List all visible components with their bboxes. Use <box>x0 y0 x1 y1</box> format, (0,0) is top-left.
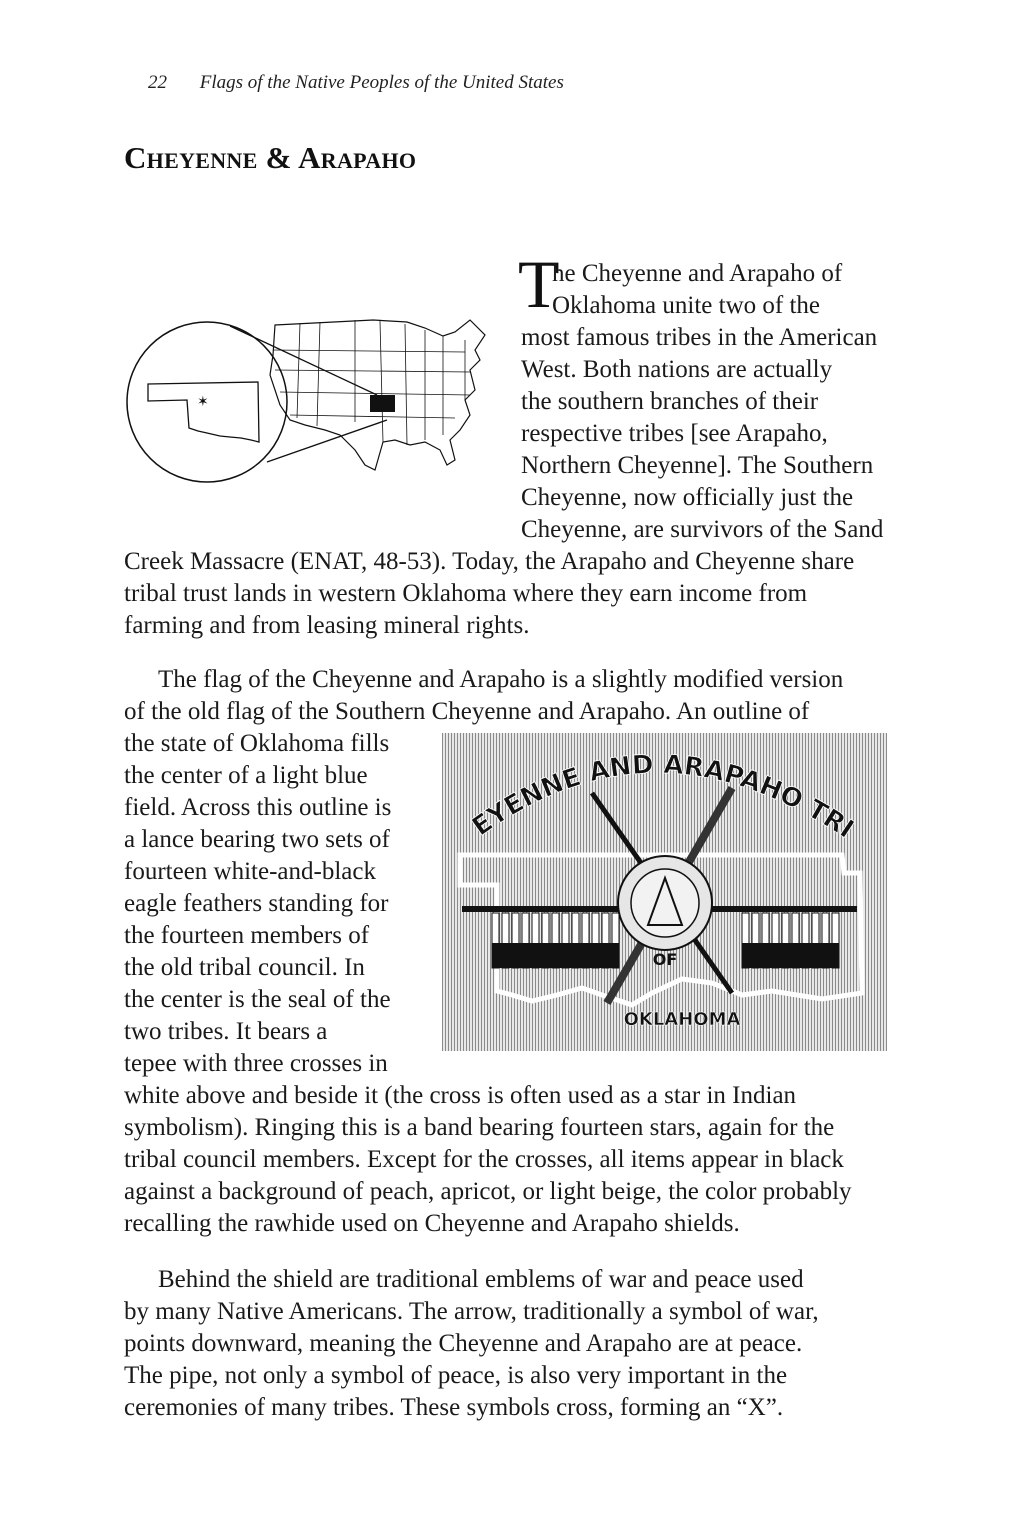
text-line: the old tribal council. In <box>124 952 365 984</box>
text-line: tribal trust lands in western Oklahoma w… <box>124 578 807 610</box>
text-line: of the old flag of the Southern Cheyenne… <box>124 696 809 728</box>
book-title: Flags of the Native Peoples of the Unite… <box>200 72 564 93</box>
us-map-oklahoma-icon: ✶ <box>125 300 500 525</box>
chapter-title: Cheyenne & Arapaho <box>124 140 416 176</box>
text-line: Oklahoma unite two of the <box>552 290 820 322</box>
svg-text:OF: OF <box>653 950 678 969</box>
text-line: recalling the rawhide used on Cheyenne a… <box>124 1208 740 1240</box>
text-line: white above and beside it (the cross is … <box>124 1080 796 1112</box>
text-line: he Cheyenne and Arapaho of <box>552 258 842 290</box>
text-line: against a background of peach, apricot, … <box>124 1176 852 1208</box>
text-line: the fourteen members of <box>124 920 369 952</box>
svg-text:CHEYENNE AND ARAPAHO TRIBE: CHEYENNE AND ARAPAHO TRIBE <box>442 733 859 845</box>
text-line: fourteen white-and-black <box>124 856 376 888</box>
svg-text:✶: ✶ <box>197 394 209 410</box>
text-line: most famous tribes in the American <box>521 322 877 354</box>
text-line: The flag of the Cheyenne and Arapaho is … <box>158 664 843 696</box>
text-line: symbolism). Ringing this is a band beari… <box>124 1112 834 1144</box>
text-line: farming and from leasing mineral rights. <box>124 610 529 642</box>
text-line: Creek Massacre (ENAT, 48-53). Today, the… <box>124 546 854 578</box>
text-line: Cheyenne, are survivors of the Sand <box>521 514 883 546</box>
text-line: by many Native Americans. The arrow, tra… <box>124 1296 819 1328</box>
us-map-figure: ✶ <box>125 300 500 525</box>
text-line: Cheyenne, now officially just the <box>521 482 853 514</box>
text-line: the center is the seal of the <box>124 984 391 1016</box>
text-line: points downward, meaning the Cheyenne an… <box>124 1328 802 1360</box>
text-line: the center of a light blue <box>124 760 368 792</box>
text-line: tepee with three crosses in <box>124 1048 388 1080</box>
text-line: the state of Oklahoma fills <box>124 728 389 760</box>
text-line: a lance bearing two sets of <box>124 824 390 856</box>
text-line: West. Both nations are actually <box>521 354 832 386</box>
page-number: 22 <box>148 72 167 93</box>
text-line: eagle feathers standing for <box>124 888 388 920</box>
running-head: 22 Flags of the Native Peoples of the Un… <box>148 72 564 94</box>
text-line: two tribes. It bears a <box>124 1016 327 1048</box>
flag-figure: CHEYENNE AND ARAPAHO TRIBE <box>442 733 887 1051</box>
text-line: Northern Cheyenne]. The Southern <box>521 450 873 482</box>
svg-text:OKLAHOMA: OKLAHOMA <box>624 1009 741 1030</box>
text-line: the southern branches of their <box>521 386 818 418</box>
text-line: ceremonies of many tribes. These symbols… <box>124 1392 783 1424</box>
text-line: field. Across this outline is <box>124 792 391 824</box>
cheyenne-arapaho-flag-icon: CHEYENNE AND ARAPAHO TRIBE <box>442 733 887 1051</box>
text-line: tribal council members. Except for the c… <box>124 1144 844 1176</box>
text-line: Behind the shield are traditional emblem… <box>158 1264 804 1296</box>
text-line: respective tribes [see Arapaho, <box>521 418 828 450</box>
text-line: The pipe, not only a symbol of peace, is… <box>124 1360 787 1392</box>
